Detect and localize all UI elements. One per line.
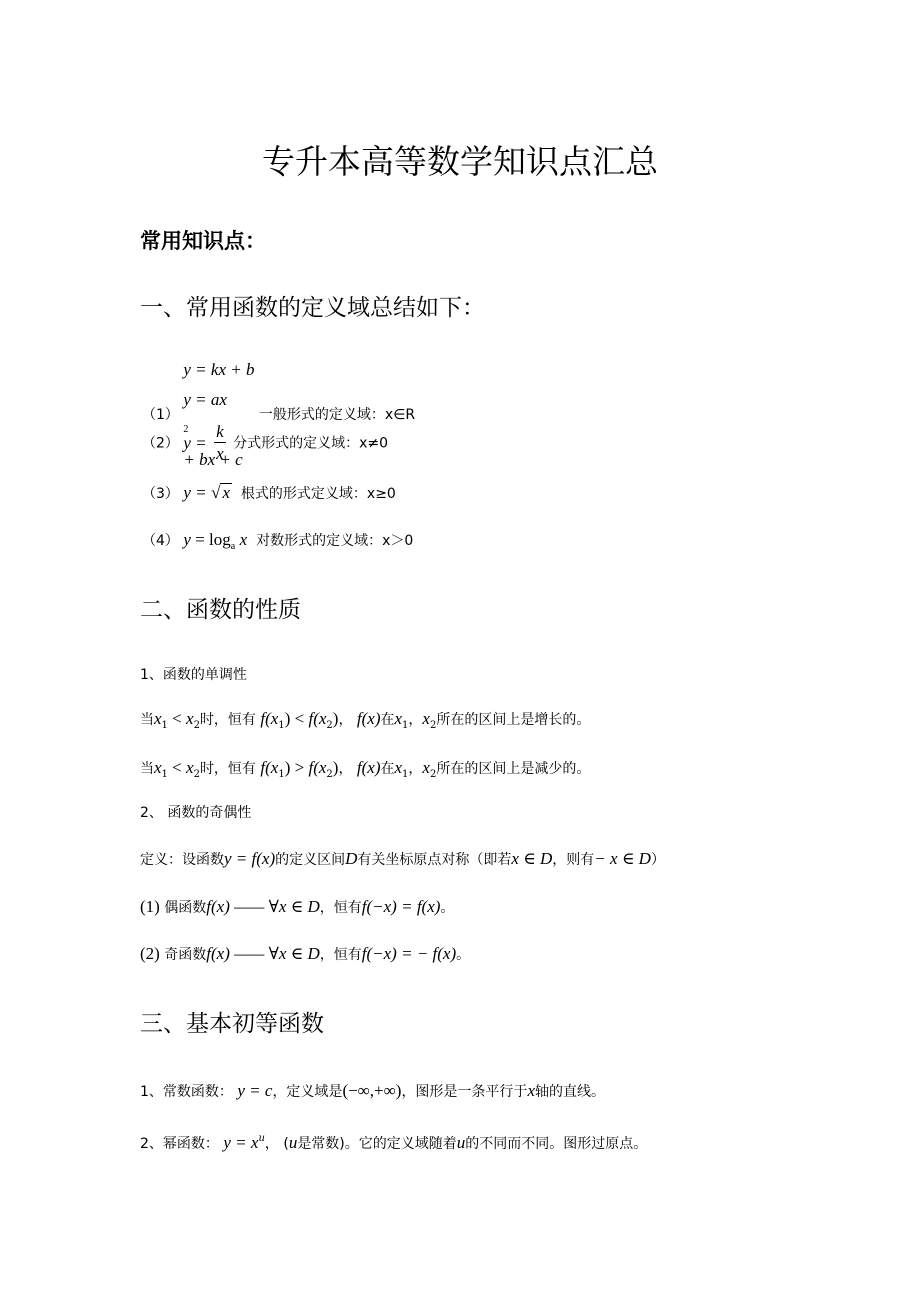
radicand: x <box>220 483 232 502</box>
domain-item-3: （3） y = √x 根式的形式定义域：x≥0 <box>142 482 396 505</box>
page-title: 专升本高等数学知识点汇总 <box>0 140 920 184</box>
formula-lhs: y = <box>183 434 206 453</box>
section-heading-properties: 二、函数的性质 <box>140 594 301 626</box>
denominator: x <box>214 443 226 465</box>
formula-lhs: y = log <box>183 530 230 549</box>
subsection-monotonicity: 1、函数的单调性 <box>140 664 247 686</box>
formula-lhs: y = <box>183 483 206 502</box>
domain-text: 一般形式的定义域：x∈R <box>259 407 415 423</box>
item-label: （3） <box>142 486 179 502</box>
log-arg: x <box>240 530 248 549</box>
domain-item-2: （2） y = k x 分式形式的定义域：x≠0 <box>142 422 388 465</box>
power-function: 2、幂函数： y = xu， (u是常数)。它的定义域随着u的不同而不同。图形过… <box>140 1128 647 1155</box>
log-base: a <box>231 541 235 552</box>
monotonic-increasing: 当x1 < x2时，恒有 f(x1) < f(x2)， f(x)在x1，x2所在… <box>140 708 590 737</box>
item-label: （4） <box>142 533 179 549</box>
constant-function: 1、常数函数： y = c，定义域是(−∞,+∞)，图形是一条平行于x轴的直线。 <box>140 1080 605 1103</box>
parity-definition: 定义：设函数y = f(x)的定义区间D有关坐标原点对称（即若x ∈ D，则有−… <box>140 848 665 871</box>
odd-function: (2) 奇函数f(x) —— ∀x ∈ D，恒有f(−x) = − f(x)。 <box>140 943 470 966</box>
section-heading-domains: 一、常用函数的定义域总结如下： <box>140 292 485 324</box>
numerator: k <box>214 422 226 443</box>
monotonic-decreasing: 当x1 < x2时，恒有 f(x1) > f(x2)， f(x)在x1，x2所在… <box>140 757 590 786</box>
sqrt-sign-icon: √ <box>211 483 220 502</box>
formula-linear: y = kx + b <box>183 355 254 385</box>
even-function: (1) 偶函数f(x) —— ∀x ∈ D，恒有f(−x) = f(x)。 <box>140 896 454 919</box>
item-label: （1） <box>142 407 179 423</box>
fraction: k x <box>214 422 226 465</box>
domain-text: 分式形式的定义域：x≠0 <box>233 436 388 452</box>
subsection-parity: 2、 函数的奇偶性 <box>140 802 251 824</box>
domain-text: 根式的形式定义域：x≥0 <box>241 486 396 502</box>
subtitle: 常用知识点： <box>140 226 266 256</box>
domain-text: 对数形式的定义域：x＞0 <box>256 533 413 549</box>
domain-item-4: （4） y = loga x 对数形式的定义域：x＞0 <box>142 529 413 558</box>
section-heading-elementary-functions: 三、基本初等函数 <box>140 1008 324 1040</box>
item-label: （2） <box>142 436 179 452</box>
